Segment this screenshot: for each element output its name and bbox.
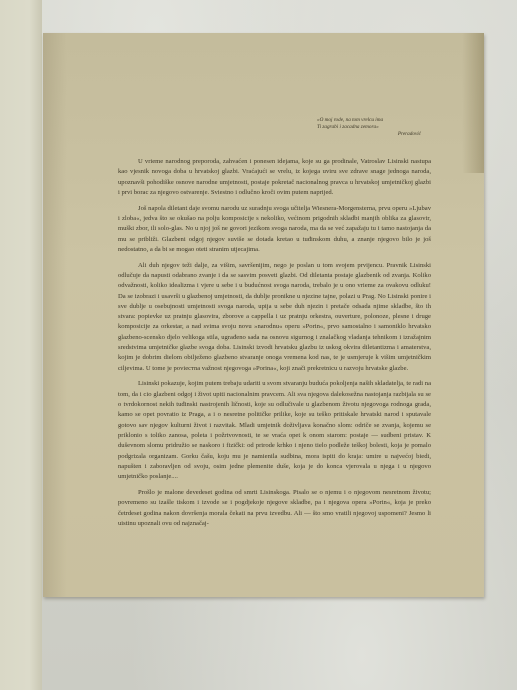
paragraph: Prošlo je malone devedeset godina od smr… <box>118 488 431 529</box>
paragraph: Lisinski pokazuje, kojim putem trebaju u… <box>118 379 431 482</box>
epigraph-author: Preradović <box>317 131 421 138</box>
paragraph: U vrieme narodnog preporoda, zahvaćen i … <box>118 157 431 198</box>
facing-page-edge <box>0 0 42 690</box>
body-text: U vrieme narodnog preporoda, zahvaćen i … <box>118 157 431 535</box>
paragraph: Ali duh njegov teži dalje, za višim, sav… <box>118 261 431 374</box>
paragraph: Još napola diletant daje svomu narodu uz… <box>118 204 431 255</box>
epigraph: »O moj rode, na tom vrelcu ima Ti zagrab… <box>317 117 421 138</box>
epigraph-line: »O moj rode, na tom vrelcu ima <box>317 117 421 124</box>
epigraph-line: Ti zagrabi i zacadna zemora« <box>317 124 421 131</box>
